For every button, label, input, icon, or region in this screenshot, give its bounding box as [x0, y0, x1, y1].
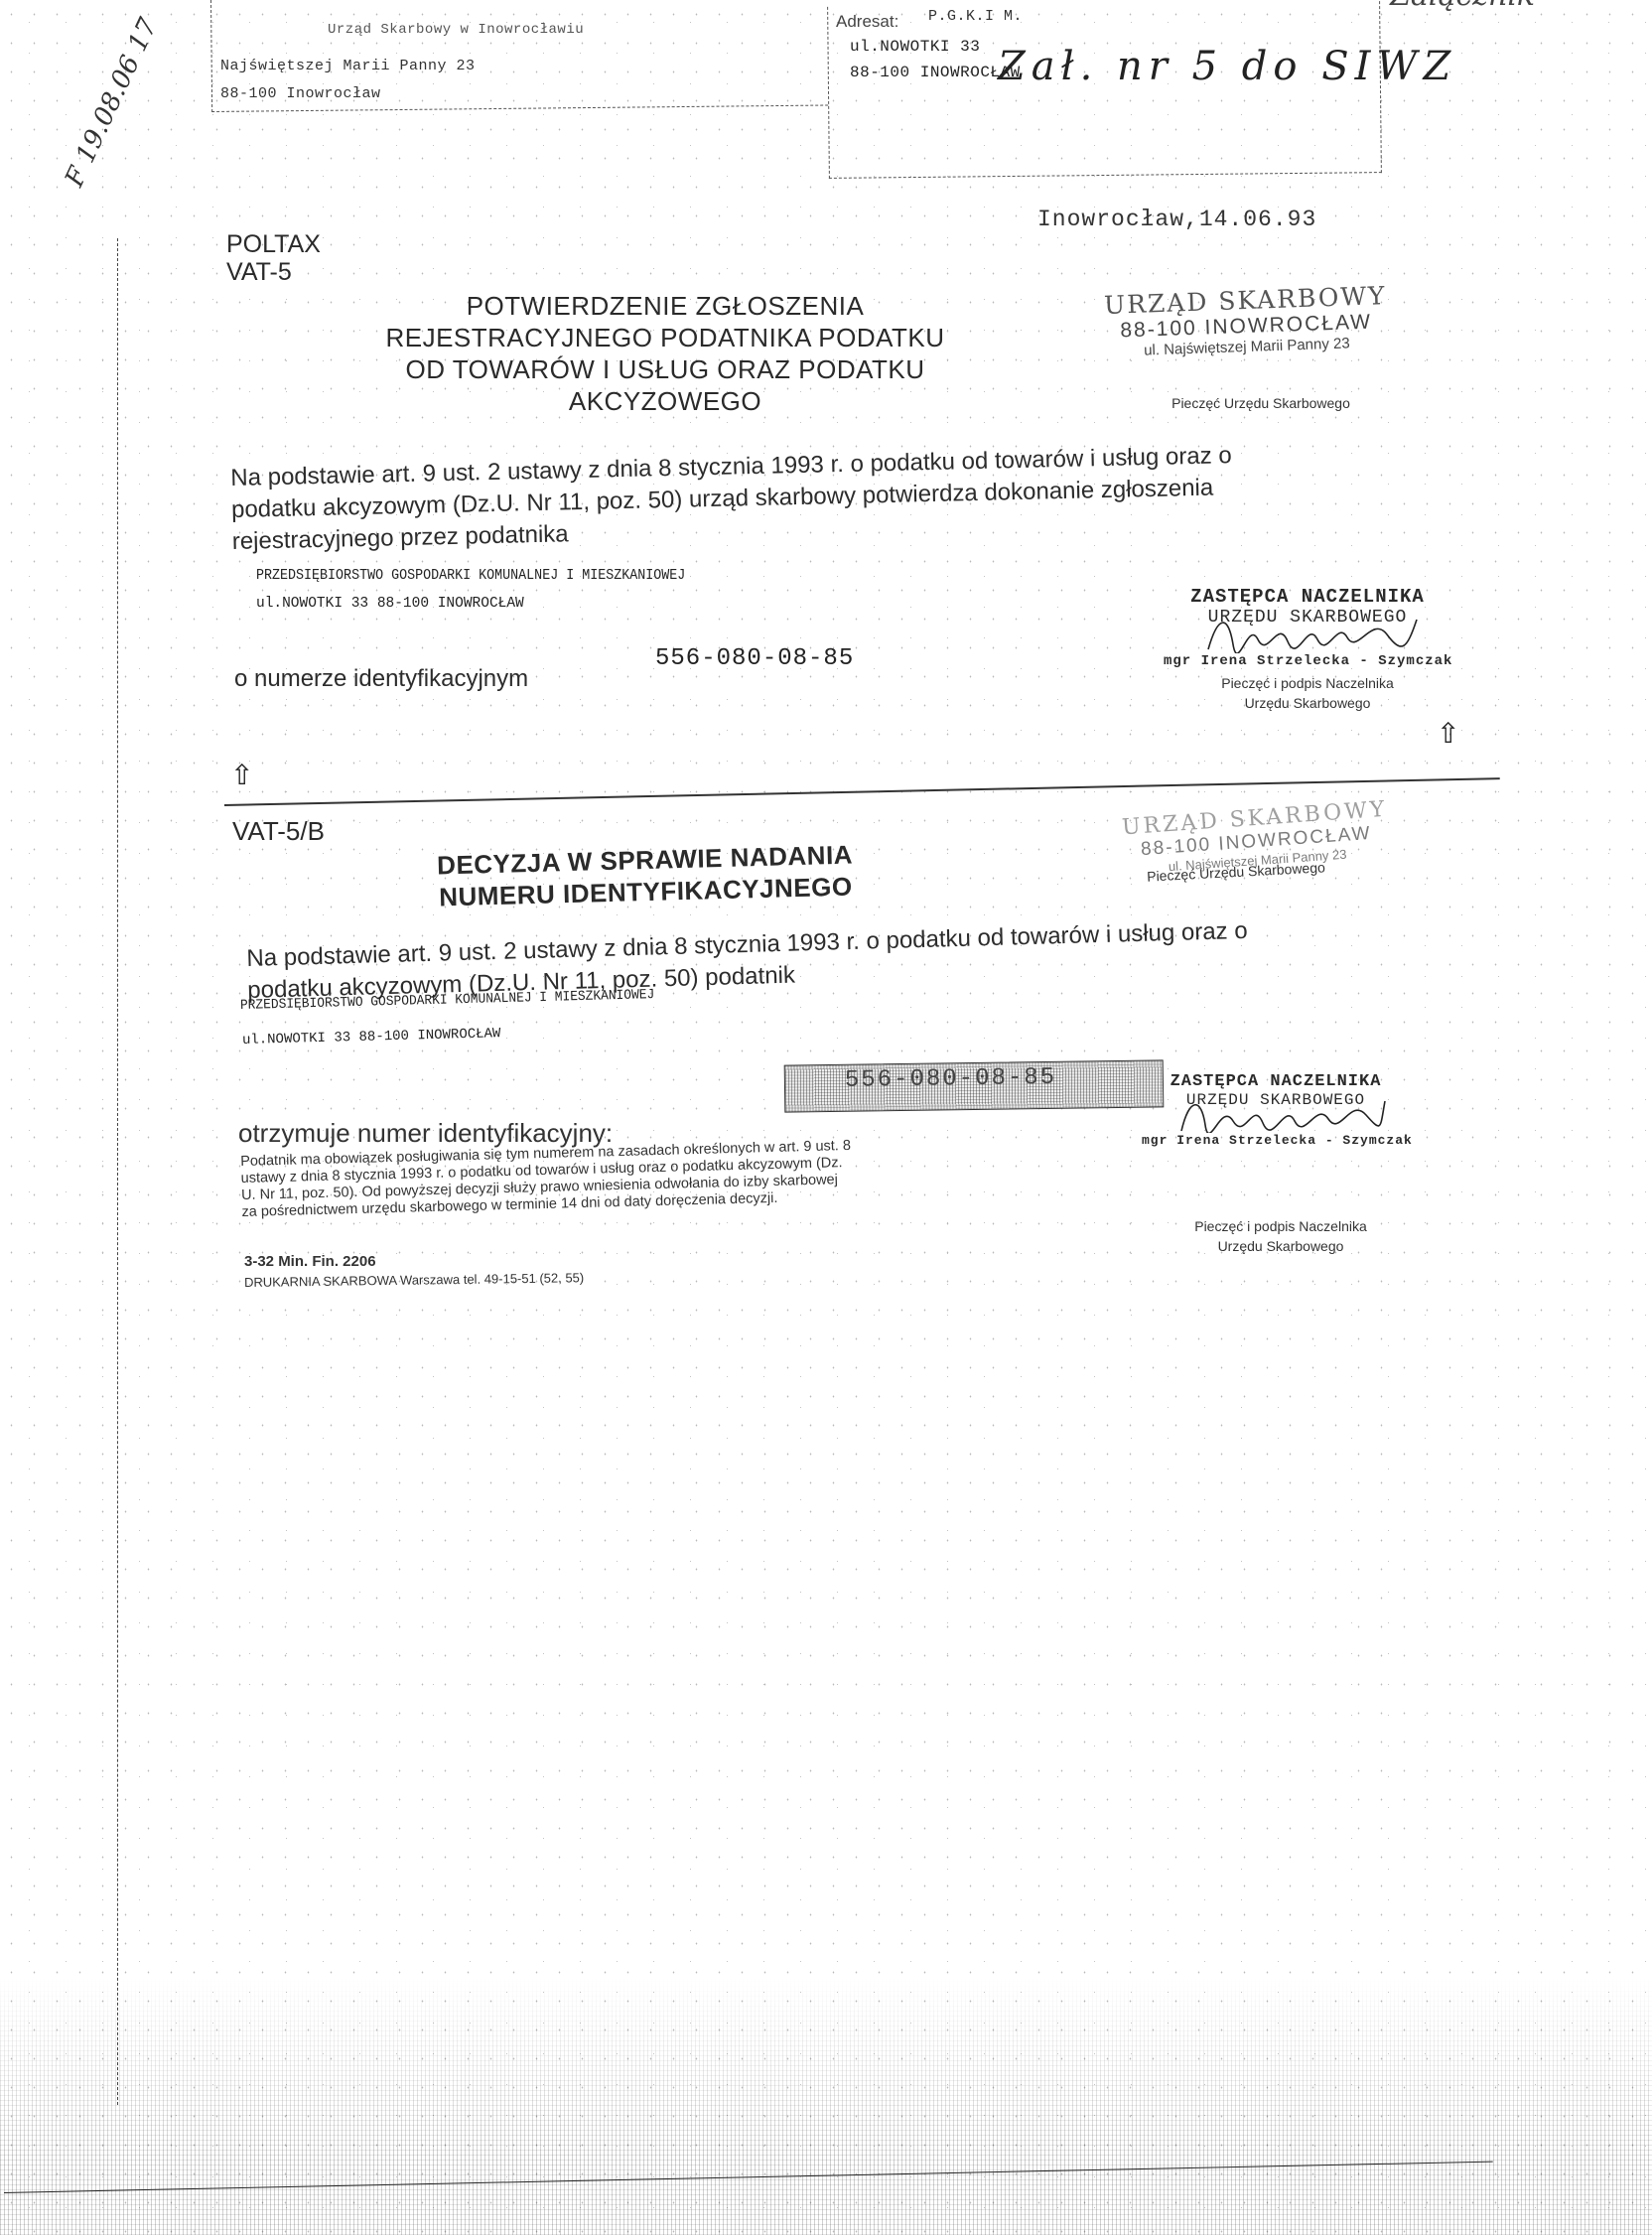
part-a-title-line: AKCYZOWEGO — [328, 385, 1003, 417]
scan-noise-bottom — [0, 1977, 1652, 2235]
handwritten-attachment-note: Zał. nr 5 do SIWZ — [998, 44, 1456, 89]
part-b-id-label: otrzymuje numer identyfikacyjny: — [238, 1117, 613, 1149]
part-a-taxpayer-address: ul.NOWOTKI 33 88-100 INOWROCŁAW — [256, 596, 524, 612]
part-b-form-code: VAT-5/B — [232, 816, 325, 847]
addressee-name: P.G.K.I M. — [928, 8, 1023, 25]
signature-caption: Urzędu Skarbowego — [1162, 1236, 1400, 1256]
signer-name: mgr Irena Strzelecka - Szymczak — [1164, 653, 1451, 669]
corner-handwriting: Załącznik — [1390, 0, 1535, 13]
addressee-label: Adresat: — [836, 12, 898, 32]
place-date: Inowrocław,14.06.93 — [1037, 207, 1316, 232]
part-b-notice: Podatnik ma obowiązek posługiwania się t… — [240, 1138, 853, 1221]
part-a-id-label: o numerze identyfikacyjnym — [234, 663, 528, 695]
part-a-title: POTWIERDZENIE ZGŁOSZENIA REJESTRACYJNEGO… — [328, 290, 1003, 417]
part-b-signature-caption: Pieczęć i podpis Naczelnika Urzędu Skarb… — [1162, 1216, 1400, 1256]
part-a-signature-stamp: ZASTĘPCA NACZELNIKA URZĘDU SKARBOWEGO mg… — [1164, 586, 1451, 713]
sender-street: Najświętszej Marii Panny 23 — [220, 58, 476, 74]
stamp-line: ZASTĘPCA NACZELNIKA — [1164, 586, 1451, 608]
margin-fold-line — [117, 238, 118, 2105]
stamp-line: ZASTĘPCA NACZELNIKA — [1142, 1072, 1410, 1091]
part-a-office-stamp-caption: Pieczęć Urzędu Skarbowego — [1132, 393, 1390, 413]
part-b-signature-stamp: ZASTĘPCA NACZELNIKA URZĘDU SKARBOWEGO mg… — [1142, 1072, 1410, 1148]
addressee-window — [827, 1, 1382, 179]
page-edge-line — [4, 2162, 1493, 2193]
part-a-title-line: REJESTRACYJNEGO PODATNIKA PODATKU — [328, 322, 1003, 353]
system-label: POLTAX — [226, 230, 321, 259]
id-number-box: 556-080-08-85 — [784, 1059, 1165, 1112]
part-a-title-line: OD TOWARÓW I USŁUG ORAZ PODATKU — [328, 353, 1003, 385]
part-b-title: DECYZJA W SPRAWIE NADANIA NUMERU IDENTYF… — [396, 837, 895, 913]
sender-office: Urząd Skarbowy w Inowrocławiu — [328, 22, 584, 38]
margin-handwriting: F 19.08.06 17 — [60, 14, 164, 192]
part-b-taxpayer-address: ul.NOWOTKI 33 88-100 INOWROCŁAW — [242, 1026, 501, 1048]
footer-form-code: 3-32 Min. Fin. 2206 — [244, 1253, 376, 1270]
part-a-taxpayer-name: PRZEDSIĘBIORSTWO GOSPODARKI KOMUNALNEJ I… — [256, 568, 685, 584]
part-a-office-stamp: URZĄD SKARBOWY 88-100 INOWROCŁAW ul. Naj… — [1081, 280, 1411, 360]
signature-caption: Pieczęć i podpis Naczelnika — [1164, 673, 1451, 693]
part-a-id-number: 556-080-08-85 — [655, 645, 854, 672]
addressee-city: 88-100 INOWROCŁAW — [850, 64, 1021, 81]
cut-arrow-icon: ⇧ — [230, 759, 253, 791]
cut-arrow-icon: ⇧ — [1437, 717, 1459, 750]
addressee-street: ul.NOWOTKI 33 — [850, 38, 980, 56]
part-a-body: Na podstawie art. 9 ust. 2 ustawy z dnia… — [230, 440, 1233, 558]
footer-printer: DRUKARNIA SKARBOWA Warszawa tel. 49-15-5… — [244, 1270, 584, 1290]
form-code: VAT-5 — [226, 258, 292, 287]
signature-caption: Urzędu Skarbowego — [1164, 693, 1451, 713]
signer-name: mgr Irena Strzelecka - Szymczak — [1142, 1133, 1410, 1148]
part-b-id-number: 556-080-08-85 — [845, 1064, 1057, 1094]
sender-city: 88-100 Inowrocław — [220, 85, 381, 102]
part-a-title-line: POTWIERDZENIE ZGŁOSZENIA — [328, 290, 1003, 322]
signature-caption: Pieczęć i podpis Naczelnika — [1162, 1216, 1400, 1236]
